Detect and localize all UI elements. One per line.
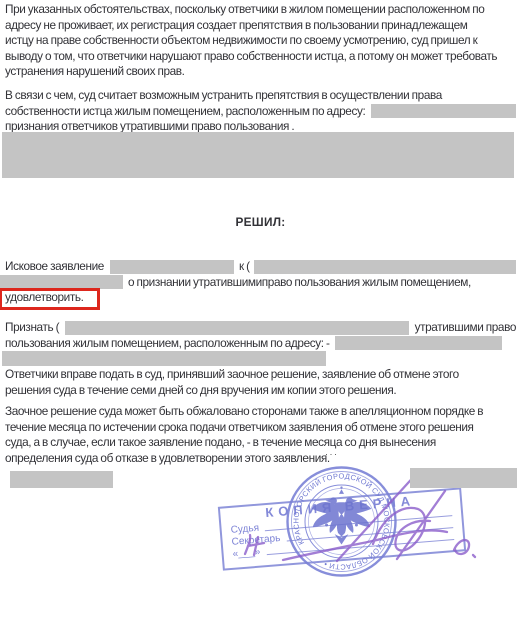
doc-line: адресу не проживает, их регистрация созд… bbox=[5, 18, 516, 34]
doc-text: собственности истца жилым помещением, ра… bbox=[5, 104, 365, 120]
paragraph-appeal-terms: Заочное решение суда может быть обжалова… bbox=[5, 404, 516, 466]
paragraph-circumstances: При указанных обстоятельствах, поскольку… bbox=[5, 2, 516, 80]
decision-heading: РЕШИЛ: bbox=[5, 215, 516, 231]
redaction-block bbox=[110, 260, 234, 274]
doc-line: собственности истца жилым помещением, ра… bbox=[5, 104, 516, 120]
paragraph-conclusion: В связи с чем, суд считает возможным уст… bbox=[5, 88, 516, 135]
doc-line: суда, а в случае, если такое заявление п… bbox=[5, 435, 516, 451]
doc-text: о признании утратившимиправо пользования… bbox=[128, 275, 471, 291]
doc-text: Исковое заявление bbox=[5, 259, 104, 275]
redaction-block bbox=[371, 104, 516, 118]
redaction-block bbox=[65, 321, 409, 335]
doc-line: истцу на праве собственности объектом не… bbox=[5, 33, 516, 49]
redaction-block-large bbox=[2, 132, 514, 178]
doc-text: утратившими право bbox=[415, 320, 516, 336]
doc-line: Заочное решение суда может быть обжалова… bbox=[5, 404, 516, 420]
doc-line bbox=[5, 351, 516, 367]
doc-line: Исковое заявление к ( bbox=[5, 259, 516, 275]
redaction-block-signature-left bbox=[10, 471, 113, 488]
doc-line: течение месяца по истечении срока подачи… bbox=[5, 420, 516, 436]
doc-text: Признать ( bbox=[5, 320, 59, 336]
doc-line: решения суда в течение семи дней со дня … bbox=[5, 383, 516, 399]
court-decision-document: При указанных обстоятельствах, поскольку… bbox=[0, 0, 521, 629]
redaction-block bbox=[2, 351, 326, 366]
doc-line-highlighted: удовлетворить. bbox=[5, 290, 516, 306]
doc-line: В связи с чем, суд считает возможным уст… bbox=[5, 88, 516, 104]
doc-line: Ответчики вправе подать в суд, принявший… bbox=[5, 367, 516, 383]
redaction-block bbox=[254, 260, 516, 274]
doc-text: пользования жилым помещением, расположен… bbox=[5, 336, 330, 352]
paragraph-claim: Исковое заявление к ( о признании утрати… bbox=[5, 259, 516, 306]
paragraph-recognize: Признать ( утратившими право пользования… bbox=[5, 320, 516, 367]
doc-line: Признать ( утратившими право bbox=[5, 320, 516, 336]
paragraph-default-judgment-7days: Ответчики вправе подать в суд, принявший… bbox=[5, 367, 516, 398]
redaction-block-signature-right bbox=[410, 468, 517, 488]
doc-line: выводу о том, что ответчики нарушают пра… bbox=[5, 49, 516, 65]
doc-line: пользования жилым помещением, расположен… bbox=[5, 336, 516, 352]
doc-text: к ( bbox=[239, 259, 250, 275]
doc-line: При указанных обстоятельствах, поскольку… bbox=[5, 2, 516, 18]
doc-line: устранения нарушений своих прав. bbox=[5, 64, 516, 80]
redaction-block bbox=[335, 336, 502, 350]
